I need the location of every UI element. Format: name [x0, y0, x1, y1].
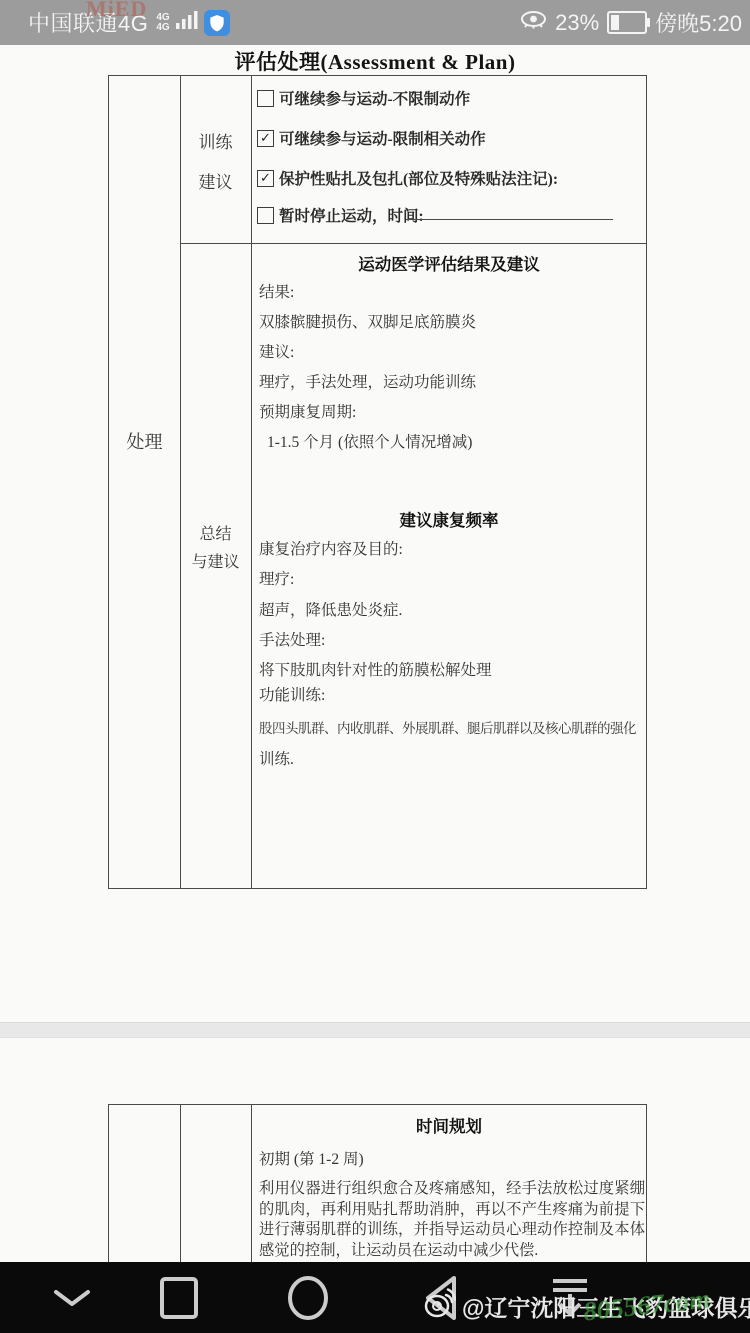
- section-heading-medical-assessment: 运动医学评估结果及建议: [252, 251, 646, 275]
- eye-comfort-icon: [520, 10, 547, 35]
- battery-icon: [607, 11, 647, 34]
- checkbox-unchecked: [257, 207, 274, 224]
- doc-text-line: 建议:: [259, 340, 294, 362]
- checkbox-label: 可继续参与运动-不限制动作: [279, 87, 470, 109]
- table-vertical-line: [180, 76, 181, 888]
- doc-text-line: 结果:: [259, 280, 294, 302]
- checkbox-checked: ✓: [257, 130, 274, 147]
- col-header-treatment: 处理: [109, 428, 180, 454]
- chevron-down-icon[interactable]: [48, 1262, 96, 1333]
- checkbox-unchecked: [257, 90, 274, 107]
- phone-screen: 中国联通4G 4G 4G: [0, 0, 750, 1333]
- sim1-badge: 4G: [156, 13, 169, 23]
- doc-text-line: 训练.: [259, 747, 294, 769]
- assessment-plan-table: 处理 训练 建议 可继续参与运动-不限制动作 ✓ 可继续参与运动-限制相关动作 …: [108, 75, 647, 889]
- doc-text-line: 1-1.5 个月 (依照个人情况增减): [267, 430, 472, 452]
- status-bar-right: 23% 傍晚5:20: [520, 0, 742, 45]
- home-circle-icon[interactable]: [284, 1262, 332, 1333]
- checkbox-label: 可继续参与运动-限制相关动作: [279, 127, 486, 149]
- doc-text-line: 超声，降低患处炎症.: [259, 598, 402, 620]
- checkbox-label: 暂时停止运动，时间:: [279, 204, 424, 226]
- table-row-divider: [180, 243, 646, 244]
- faded-red-watermark: MiED: [86, 0, 147, 22]
- checkbox-checked: ✓: [257, 170, 274, 187]
- sim2-badge: 4G: [156, 23, 169, 33]
- row-header-summary-line1: 总结: [180, 521, 251, 544]
- clock-label: 傍晚5:20: [655, 7, 742, 38]
- dual-sim-badges: 4G 4G: [156, 13, 169, 33]
- recents-square-icon[interactable]: [155, 1262, 203, 1333]
- doc-text-line: 初期 (第 1-2 周): [259, 1147, 364, 1169]
- table-vertical-line: [251, 76, 252, 888]
- section-heading-rehab-frequency: 建议康复频率: [252, 507, 646, 531]
- doc-text-line: 将下肢肌肉针对性的筋膜松解处理: [259, 658, 492, 680]
- doc-text-line: 预期康复周期:: [259, 400, 356, 422]
- page-divider-band: [0, 1022, 750, 1038]
- signal-bars-icon: [176, 10, 198, 35]
- section-heading-time-plan: 时间规划: [252, 1113, 646, 1137]
- checkbox-row: ✓ 可继续参与运动-限制相关动作: [257, 127, 486, 149]
- doc-paragraph: 利用仪器进行组织愈合及疼痛感知，经手法放松过度紧绷的肌肉，再利用贴扎帮助消肿，再…: [259, 1179, 645, 1261]
- checkbox-row: ✓ 保护性贴扎及包扎(部位及特殊贴法注记):: [257, 167, 558, 189]
- doc-text-line: 功能训练:: [259, 683, 325, 705]
- doc-text-line: 股四头肌群、内收肌群、外展肌群、腿后肌群以及核心肌群的强化: [259, 717, 636, 737]
- doc-text-line: 双膝髌腱损伤、双脚足底筋膜炎: [259, 310, 476, 332]
- row-header-training-advice-line1: 训练: [180, 128, 251, 153]
- page-title: 评估处理(Assessment & Plan): [0, 46, 750, 76]
- checkbox-row: 可继续参与运动-不限制动作: [257, 87, 470, 109]
- row-header-training-advice-line2: 建议: [180, 168, 251, 193]
- doc-text-line: 理疗:: [259, 567, 294, 589]
- fill-in-blank-line: [406, 203, 613, 220]
- doc-text-line: 康复治疗内容及目的:: [259, 537, 403, 559]
- shield-app-icon: [204, 10, 230, 36]
- checkbox-row: 暂时停止运动，时间:: [257, 204, 424, 226]
- weibo-logo-icon: [424, 1288, 456, 1324]
- doc-text-line: 手法处理:: [259, 628, 325, 650]
- checkbox-label: 保护性贴扎及包扎(部位及特殊贴法注记):: [279, 167, 558, 189]
- row-header-summary-line2: 与建议: [180, 549, 251, 572]
- doc-text-line: 理疗，手法处理，运动功能训练: [259, 370, 476, 392]
- battery-percent-label: 23%: [555, 10, 599, 36]
